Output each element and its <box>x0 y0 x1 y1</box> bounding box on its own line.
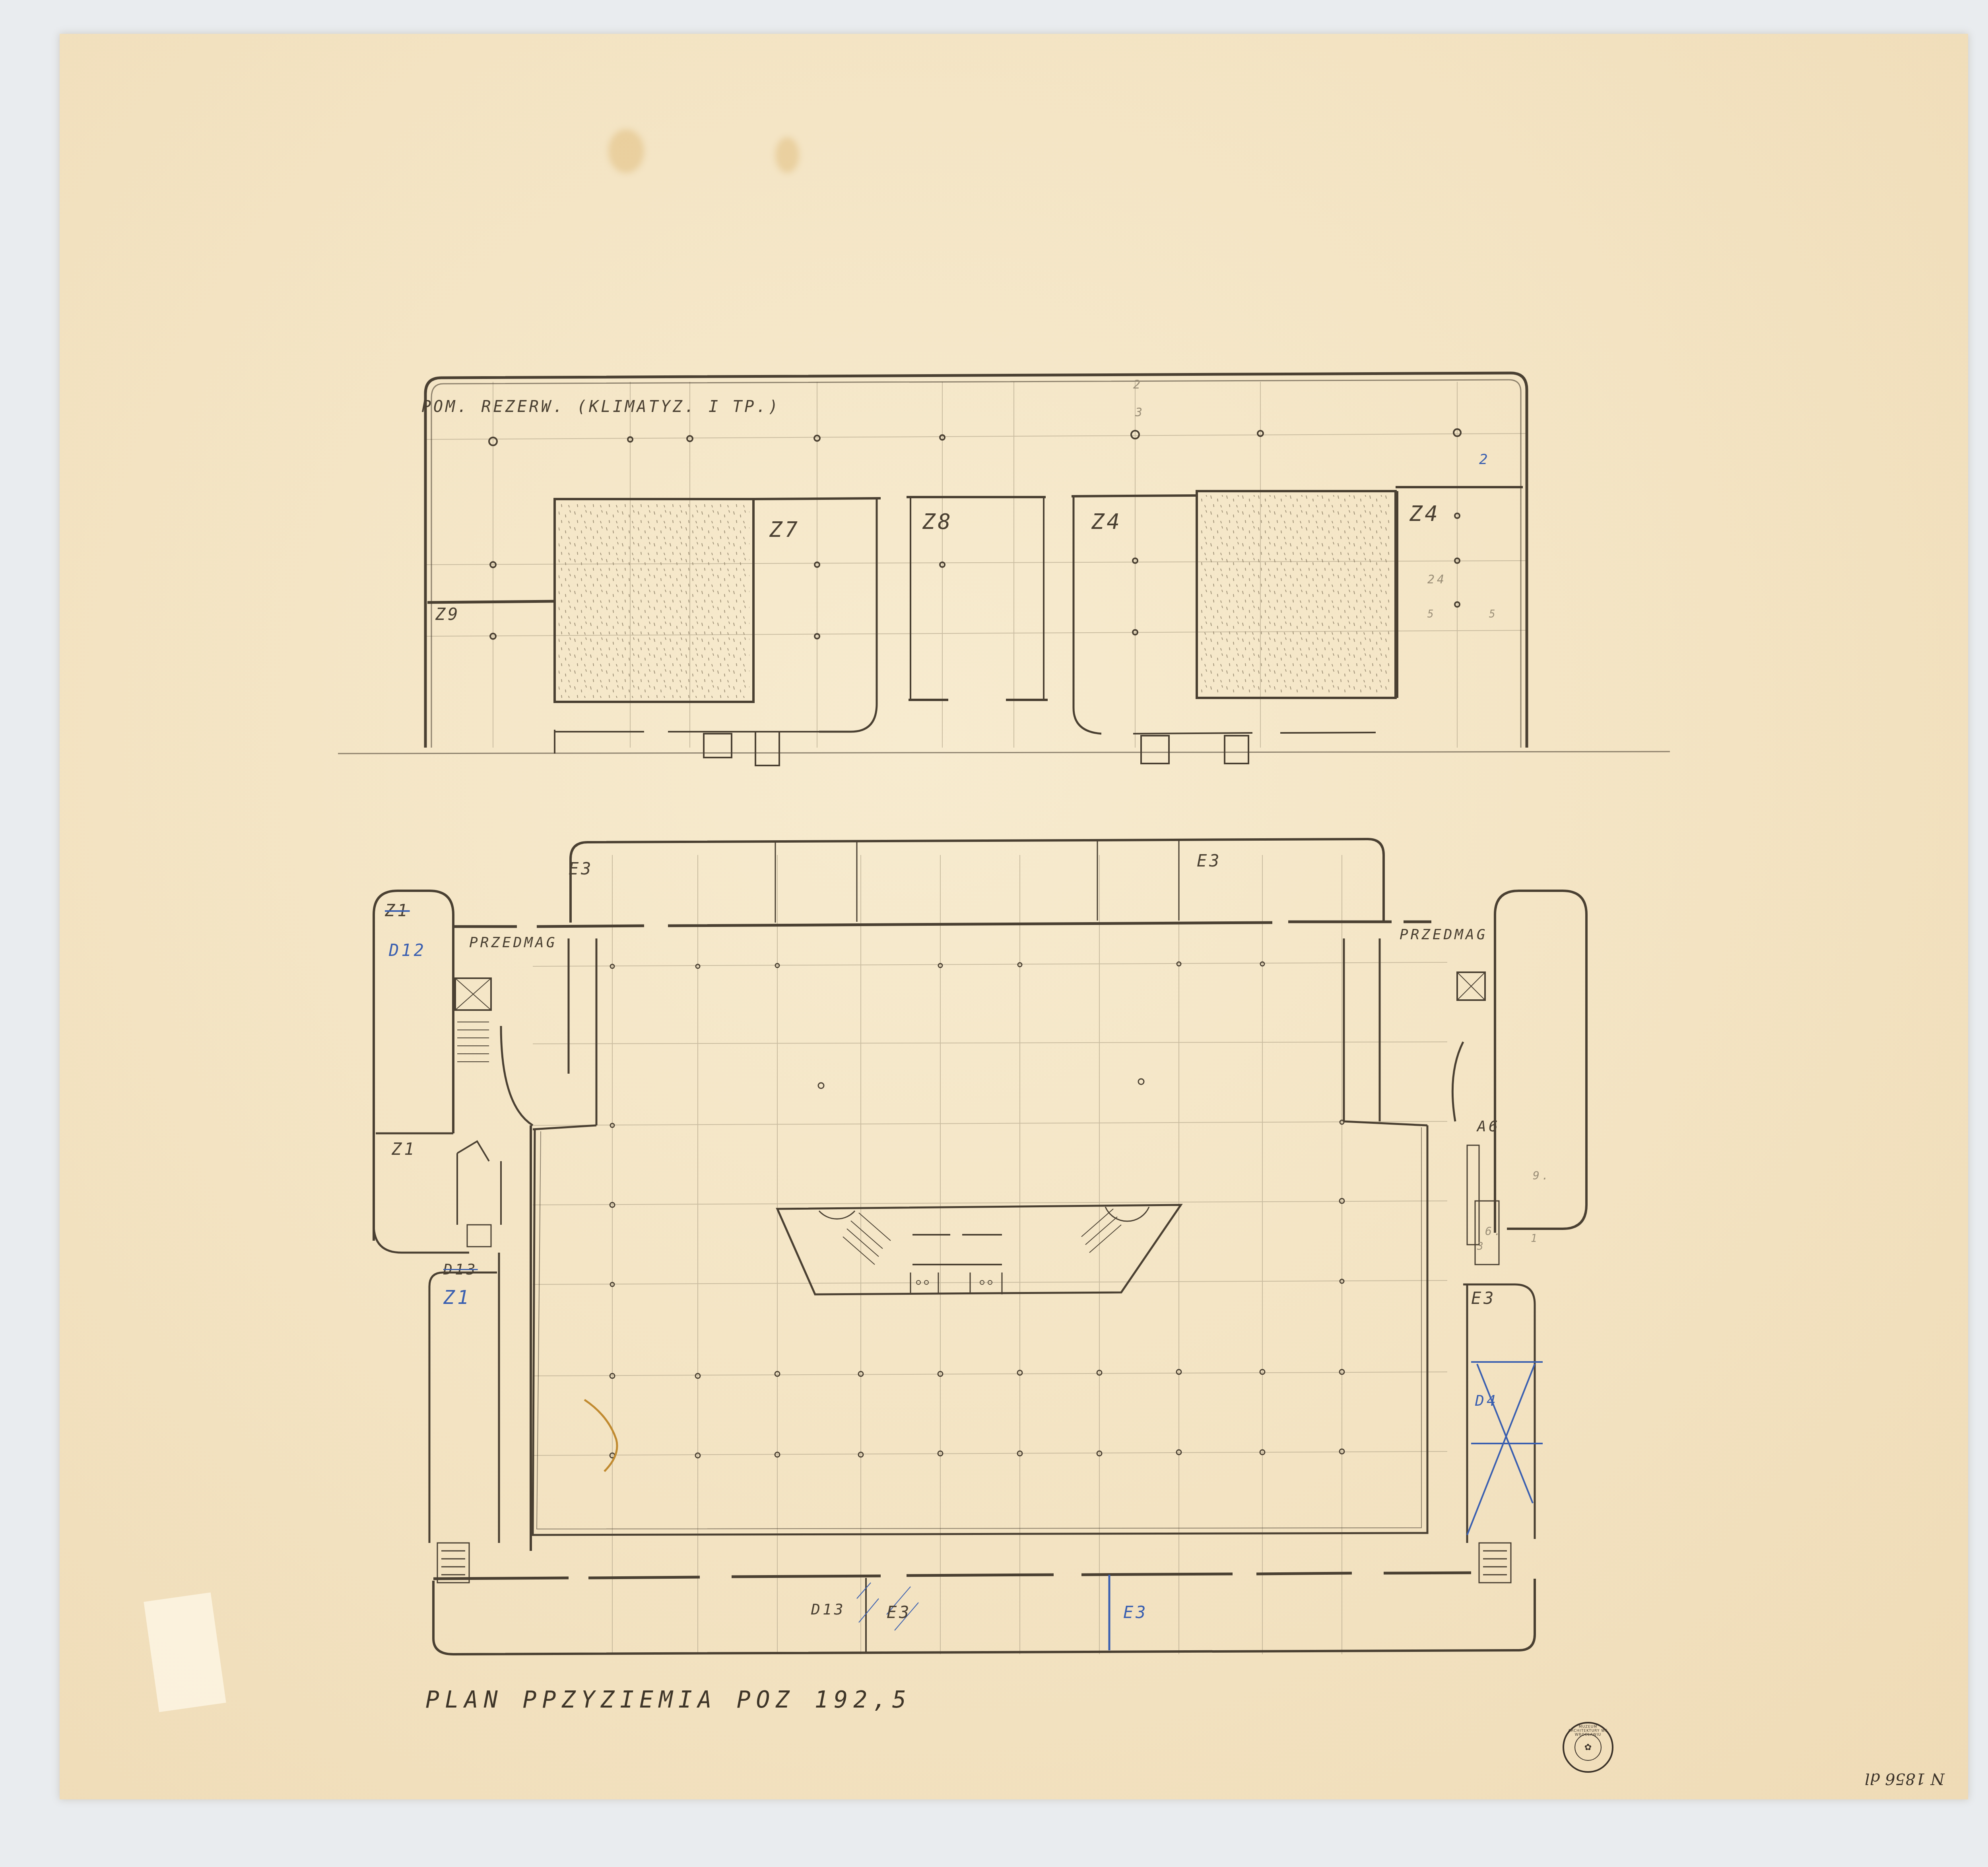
room-label-z1-left: Z1 <box>392 1139 417 1159</box>
room-label-e3-right: E3 <box>1471 1288 1496 1308</box>
room-label-d4-blue: D4 <box>1475 1392 1498 1409</box>
room-label-e3-bottom-struck: E3 <box>887 1603 912 1622</box>
room-label-d13-struck: D13 <box>443 1261 478 1278</box>
drawing-title: PLAN PPZYZIEMIA POZ 192,5 <box>425 1686 912 1713</box>
dimension-24: 24 <box>1427 573 1446 587</box>
room-label-e3-top-left: E3 <box>569 859 594 878</box>
room-label-e3-bottom-blue: E3 <box>1123 1603 1148 1622</box>
dimension-1: 1 <box>1531 1233 1540 1245</box>
upper-plan <box>338 373 1670 765</box>
blue-annotation-2: 2 <box>1479 451 1490 468</box>
museum-stamp: MUZEUM ARCHITEKTURY WE WROCŁAWIU ✿ <box>1563 1722 1613 1773</box>
floor-plan-drawing <box>0 0 1988 1867</box>
room-label-z8: Z8 <box>922 509 953 534</box>
room-label-z1-struck: Z1 <box>385 901 410 920</box>
room-label-z4-left: Z4 <box>1091 509 1122 534</box>
room-label-z9: Z9 <box>435 604 460 624</box>
room-label-przedmag-left: PRZEDMAG <box>469 934 557 951</box>
header-label-reserve-rooms: POM. REZERW. (KLIMATYZ. I TP.) <box>421 398 780 416</box>
dimension-9: 9. <box>1533 1169 1551 1182</box>
dimension-3: 3 <box>1135 406 1145 420</box>
dimension-6: 6. <box>1485 1225 1503 1238</box>
room-label-przedmag-right: PRZEDMAG <box>1400 927 1487 943</box>
lower-plan <box>374 839 1690 1654</box>
dimension-2: 2 <box>1133 378 1143 392</box>
room-label-e3-top-right: E3 <box>1197 851 1222 870</box>
room-label-d13-bottom: D13 <box>811 1601 846 1618</box>
dimension-5b: 5 <box>1489 608 1498 620</box>
stamp-emblem-icon: ✿ <box>1574 1734 1602 1761</box>
inventory-number: N 1856 dl <box>1865 1770 1945 1788</box>
room-label-z7: Z7 <box>769 517 800 542</box>
room-label-z1-blue: Z1 <box>443 1286 471 1309</box>
dimension-3-right: 3 <box>1477 1241 1486 1253</box>
room-label-d12-blue: D12 <box>389 940 426 960</box>
dimension-5a: 5 <box>1427 608 1436 620</box>
stamp-text: MUZEUM ARCHITEKTURY WE WROCŁAWIU <box>1564 1725 1612 1737</box>
room-label-a6: A6 <box>1477 1117 1500 1135</box>
room-label-z4-right: Z4 <box>1409 501 1440 526</box>
